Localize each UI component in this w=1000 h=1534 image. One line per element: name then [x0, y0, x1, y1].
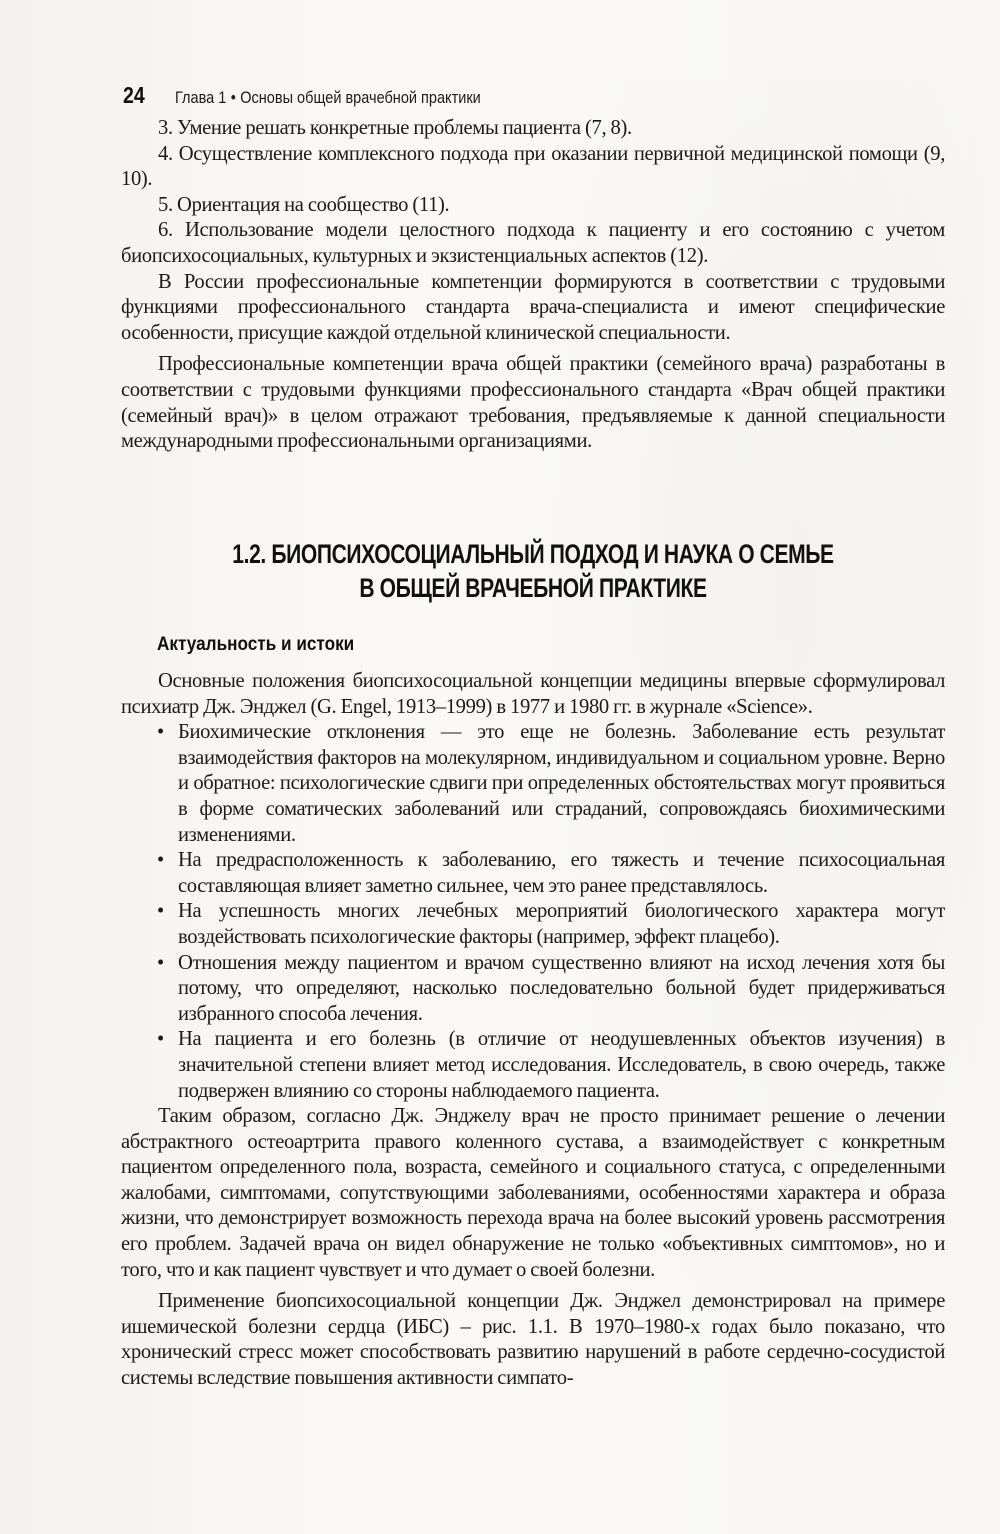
- list-item: 3. Умение решать конкретные проблемы пац…: [121, 116, 945, 142]
- bullet-text: На успешность многих лечебных мероприяти…: [178, 900, 945, 948]
- bullet-text: Биохимические отклонения — это еще не бо…: [178, 721, 945, 845]
- bullet-text: Отношения между пациентом и врачом сущес…: [178, 952, 945, 1025]
- section-body: Основные положения биопсихосоциальной ко…: [121, 669, 945, 1392]
- bullet-text: На предрасположенность к заболеванию, ег…: [178, 849, 945, 897]
- bullet-icon: •: [157, 1027, 164, 1053]
- chapter-label: Глава 1: [175, 89, 226, 107]
- bullet-item: • На пациента и его болезнь (в отличие о…: [121, 1027, 945, 1104]
- bullet-icon: •: [157, 720, 164, 746]
- top-text-block: 3. Умение решать конкретные проблемы пац…: [121, 116, 945, 455]
- paragraph: Таким образом, согласно Дж. Энджелу врач…: [121, 1104, 945, 1283]
- section-title: 1.2. БИОПСИХОСОЦИАЛЬНЫЙ ПОДХОД И НАУКА О…: [121, 537, 945, 605]
- page-number: 24: [123, 82, 167, 109]
- bullet-item: • Отношения между пациентом и врачом сущ…: [121, 951, 945, 1028]
- paragraph: Применение биопсихосоциальной концепции …: [121, 1289, 945, 1391]
- running-head: Глава 1•Основы общей врачебной практики: [175, 89, 481, 108]
- book-page: 24 Глава 1•Основы общей врачебной практи…: [0, 0, 1000, 1534]
- bullet-item: • На предрасположенность к заболеванию, …: [121, 848, 945, 899]
- section-title-line-2: В ОБЩЕЙ ВРАЧЕБНОЙ ПРАКТИКЕ: [212, 571, 855, 605]
- list-item: 5. Ориентация на сообщество (11).: [121, 193, 945, 219]
- bullet-list: • Биохимические отклонения — это еще не …: [121, 720, 945, 1104]
- bullet-icon: •: [157, 899, 164, 925]
- section-title-line-1: 1.2. БИОПСИХОСОЦИАЛЬНЫЙ ПОДХОД И НАУКА О…: [212, 537, 855, 571]
- list-item: 4. Осуществление комплексного подхода пр…: [121, 142, 945, 193]
- chapter-title: Основы общей врачебной практики: [240, 89, 481, 107]
- bullet-text: На пациента и его болезнь (в отличие от …: [178, 1028, 945, 1101]
- paragraph: В России профессиональные компетенции фо…: [121, 270, 945, 347]
- bullet-item: • На успешность многих лечебных мероприя…: [121, 899, 945, 950]
- intro-paragraph: Основные положения биопсихосоциальной ко…: [121, 669, 945, 720]
- separator-bullet: •: [231, 89, 236, 107]
- bullet-icon: •: [157, 951, 164, 977]
- list-item: 6. Использование модели целостного подхо…: [121, 218, 945, 269]
- paragraph: Профессиональные компетенции врача общей…: [121, 352, 945, 454]
- subsection-heading: Актуальность и истоки: [157, 633, 354, 656]
- bullet-icon: •: [157, 848, 164, 874]
- running-header: 24 Глава 1•Основы общей врачебной практи…: [123, 82, 523, 109]
- bullet-item: • Биохимические отклонения — это еще не …: [121, 720, 945, 848]
